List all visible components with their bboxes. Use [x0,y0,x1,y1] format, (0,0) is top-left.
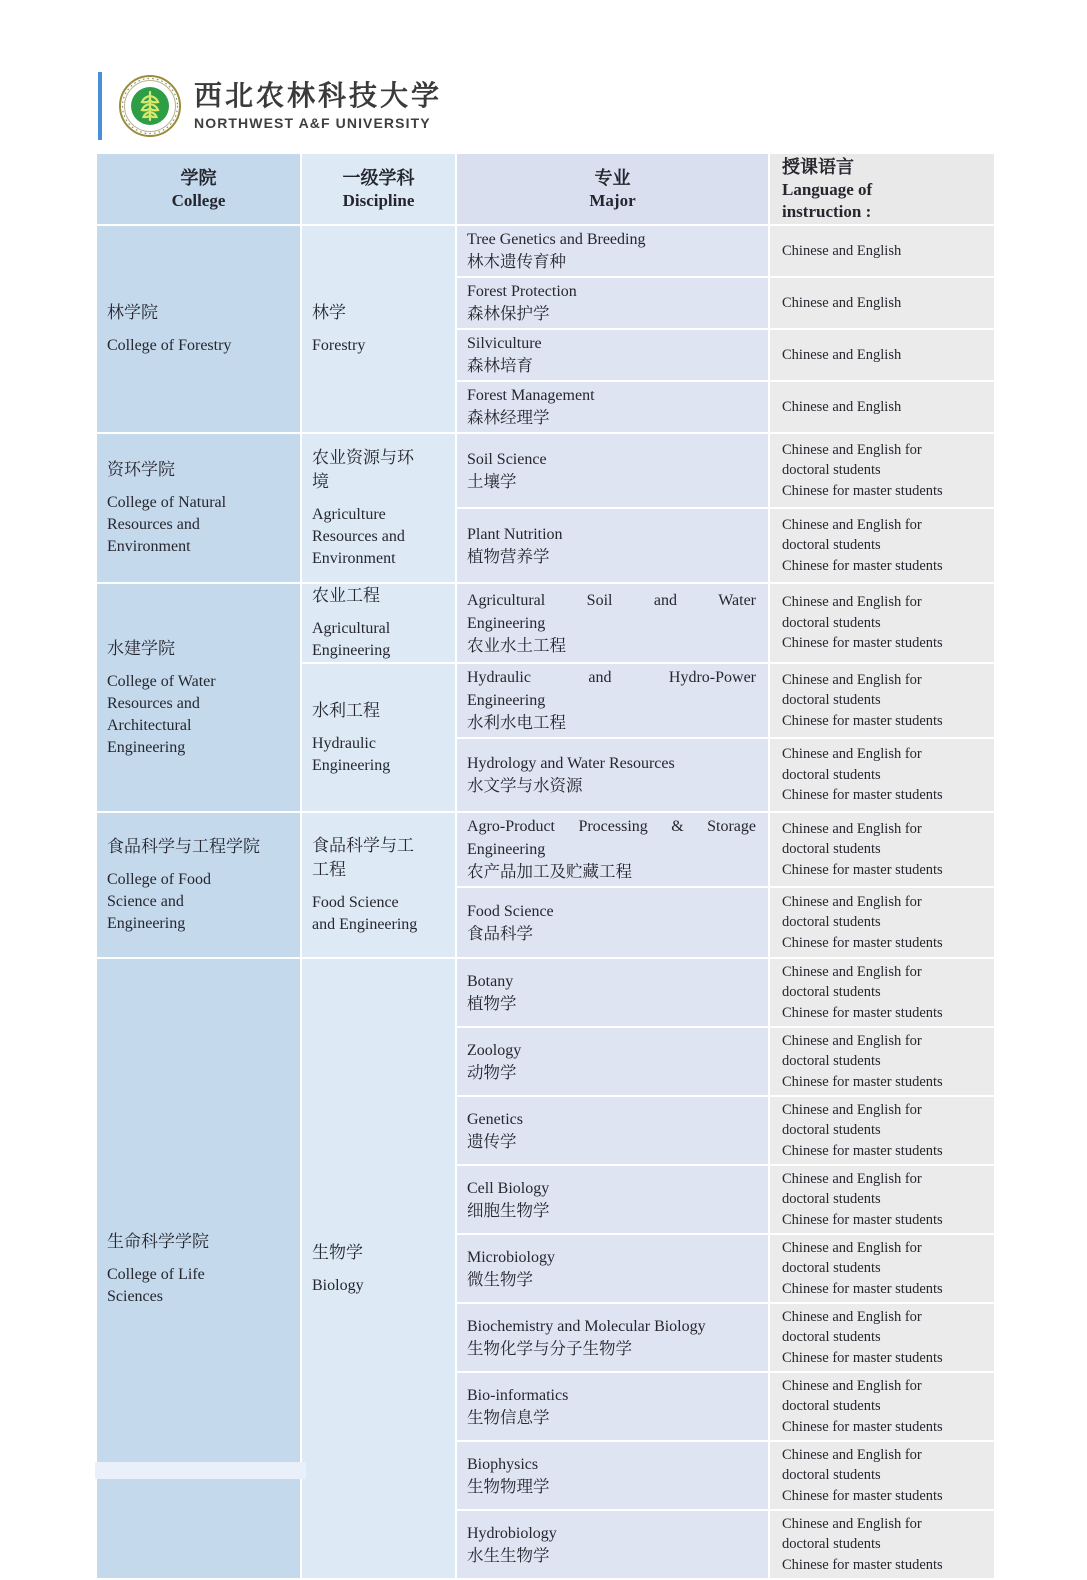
major-name-zh: 森林培育 [467,355,756,378]
major-name-zh: 微生物学 [467,1269,756,1292]
col-header-major-en: Major [458,190,767,212]
major-cell: Agricultural Soil and WaterEngineering农业… [456,583,769,663]
col-header-language: 授课语言 Language of instruction : [769,153,995,225]
language-of-instruction: Chinese and English for doctoral student… [782,1031,992,1093]
language-cell: Chinese and English for doctoral student… [769,663,995,738]
col-header-major: 专业 Major [456,153,769,225]
major-name-en: Genetics [467,1108,756,1131]
language-cell: Chinese and English for doctoral student… [769,1096,995,1165]
discipline-name-en: Agriculture Resources and Environment [312,504,451,570]
major-cell: Zoology动物学 [456,1027,769,1096]
language-of-instruction: Chinese and English for doctoral student… [782,1376,992,1438]
major-name-en: Forest Protection [467,280,756,303]
major-cell: Hydrology and Water Resources水文学与水资源 [456,738,769,812]
table-row: 食品科学与工程学院College of Food Science and Eng… [96,812,995,887]
language-cell: Chinese and English [769,225,995,277]
major-name-en-line: Engineering [467,841,545,858]
discipline-cell: 水利工程Hydraulic Engineering [301,663,456,812]
major-cell: Food Science食品科学 [456,887,769,958]
major-name-zh: 生物信息学 [467,1407,756,1430]
major-name-zh: 森林保护学 [467,303,756,326]
language-of-instruction: Chinese and English for doctoral student… [782,1514,992,1576]
language-cell: Chinese and English for doctoral student… [769,1510,995,1579]
table-row: 生命科学学院College of Life Sciences生物学Biology… [96,958,995,1027]
col-header-discipline: 一级学科 Discipline [301,153,456,225]
major-name-zh: 农业水土工程 [467,635,756,658]
major-name-en: Plant Nutrition [467,523,756,546]
language-of-instruction: Chinese and English for doctoral student… [782,892,992,954]
document-page: { "letterhead": { "university_zh": "西北农林… [0,0,1087,1536]
language-of-instruction: Chinese and English for doctoral student… [782,962,992,1024]
language-of-instruction: Chinese and English for doctoral student… [782,1307,992,1369]
discipline-name-en: Food Science and Engineering [312,892,451,936]
language-of-instruction: Chinese and English for doctoral student… [782,1100,992,1162]
language-of-instruction: Chinese and English for doctoral student… [782,592,992,654]
major-name-zh: 生物化学与分子生物学 [467,1338,756,1361]
major-name-en: Hydraulic and Hydro-PowerEngineering [467,666,756,712]
language-cell: Chinese and English for doctoral student… [769,1027,995,1096]
major-name-zh: 植物营养学 [467,546,756,569]
language-of-instruction: Chinese and English [782,293,992,314]
major-cell: Genetics遗传学 [456,1096,769,1165]
college-name-en: College of Food Science and Engineering [107,869,292,935]
col-header-major-zh: 专业 [458,166,767,190]
major-name-zh: 水生生物学 [467,1545,756,1568]
major-name-en: Tree Genetics and Breeding [467,228,756,251]
major-name-en: Cell Biology [467,1177,756,1200]
major-cell: Biophysics生物物理学 [456,1441,769,1510]
language-cell: Chinese and English for doctoral student… [769,1234,995,1303]
col-header-college-zh: 学院 [98,166,299,190]
college-cell: 食品科学与工程学院College of Food Science and Eng… [96,812,301,958]
major-name-en: Agro-Product Processing & StorageEnginee… [467,815,756,861]
programs-table-wrap: 学院 College 一级学科 Discipline 专业 Major 授课语言… [95,152,996,1580]
major-name-zh: 动物学 [467,1062,756,1085]
language-of-instruction: Chinese and English for doctoral student… [782,819,992,881]
programs-table: 学院 College 一级学科 Discipline 专业 Major 授课语言… [95,152,996,1580]
discipline-name-zh: 农业工程 [312,584,451,608]
discipline-name-en: Hydraulic Engineering [312,733,451,777]
col-header-college-en: College [98,190,299,212]
major-name-en: Soil Science [467,448,756,471]
college-cell: 水建学院College of Water Resources and Archi… [96,583,301,812]
language-cell: Chinese and English for doctoral student… [769,958,995,1027]
language-cell: Chinese and English [769,277,995,329]
major-name-zh: 植物学 [467,993,756,1016]
college-cell: 生命科学学院College of Life Sciences [96,958,301,1579]
language-of-instruction: Chinese and English for doctoral student… [782,1445,992,1507]
discipline-name-en: Forestry [312,335,451,357]
major-name-en: Forest Management [467,384,756,407]
major-cell: Bio-informatics生物信息学 [456,1372,769,1441]
col-header-college: 学院 College [96,153,301,225]
college-name-zh: 生命科学学院 [107,1230,292,1254]
major-cell: Forest Protection森林保护学 [456,277,769,329]
major-cell: Microbiology微生物学 [456,1234,769,1303]
major-name-zh: 食品科学 [467,923,756,946]
language-cell: Chinese and English for doctoral student… [769,1165,995,1234]
col-header-discipline-zh: 一级学科 [303,166,454,190]
college-cell: 资环学院College of Natural Resources and Env… [96,433,301,583]
major-name-zh: 遗传学 [467,1131,756,1154]
language-cell: Chinese and English for doctoral student… [769,1303,995,1372]
major-name-en-line: Agro-Product Processing & Storage [467,815,756,838]
discipline-cell: 生物学Biology [301,958,456,1579]
college-name-zh: 水建学院 [107,637,292,661]
major-cell: Biochemistry and Molecular Biology生物化学与分… [456,1303,769,1372]
college-cell: 林学院College of Forestry [96,225,301,433]
major-name-zh: 水文学与水资源 [467,775,756,798]
language-of-instruction: Chinese and English [782,345,992,366]
major-cell: Hydrobiology水生生物学 [456,1510,769,1579]
language-cell: Chinese and English for doctoral student… [769,1372,995,1441]
next-row-cut-off-fragment [95,1462,306,1479]
college-name-zh: 食品科学与工程学院 [107,835,292,859]
major-name-en-line: Engineering [467,615,545,632]
discipline-name-zh: 水利工程 [312,699,451,723]
major-name-en: Biochemistry and Molecular Biology [467,1315,756,1338]
major-name-en: Hydrobiology [467,1522,756,1545]
table-row: 资环学院College of Natural Resources and Env… [96,433,995,508]
language-cell: Chinese and English for doctoral student… [769,887,995,958]
discipline-name-en: Biology [312,1275,451,1297]
letterhead: 西北农林科技大学 NORTHWEST A&F UNIVERSITY [98,72,442,140]
major-name-zh: 农产品加工及贮藏工程 [467,861,756,884]
discipline-name-zh: 生物学 [312,1241,451,1265]
col-header-discipline-en: Discipline [303,190,454,212]
major-name-en: Agricultural Soil and WaterEngineering [467,589,756,635]
college-name-zh: 林学院 [107,301,292,325]
major-name-en: Bio-informatics [467,1384,756,1407]
major-name-zh: 林木遗传育种 [467,251,756,274]
table-row: 水建学院College of Water Resources and Archi… [96,583,995,663]
major-name-en-line: Agricultural Soil and Water [467,589,756,612]
major-name-zh: 细胞生物学 [467,1200,756,1223]
major-name-zh: 生物物理学 [467,1476,756,1499]
discipline-name-en: Agricultural Engineering [312,618,451,662]
major-cell: Plant Nutrition植物营养学 [456,508,769,583]
major-cell: Hydraulic and Hydro-PowerEngineering水利水电… [456,663,769,738]
language-of-instruction: Chinese and English for doctoral student… [782,440,992,502]
language-cell: Chinese and English for doctoral student… [769,738,995,812]
language-cell: Chinese and English for doctoral student… [769,433,995,508]
language-cell: Chinese and English [769,329,995,381]
major-name-zh: 森林经理学 [467,407,756,430]
college-name-en: College of Natural Resources and Environ… [107,492,292,558]
college-name-en: College of Water Resources and Architect… [107,671,292,759]
discipline-name-zh: 食品科学与工 工程 [312,834,451,882]
language-cell: Chinese and English for doctoral student… [769,1441,995,1510]
major-name-en: Biophysics [467,1453,756,1476]
college-name-en: College of Forestry [107,335,292,357]
major-name-en-line: Engineering [467,692,545,709]
major-cell: Agro-Product Processing & StorageEnginee… [456,812,769,887]
major-cell: Botany植物学 [456,958,769,1027]
discipline-name-zh: 农业资源与环 境 [312,446,451,494]
discipline-name-zh: 林学 [312,301,451,325]
major-name-zh: 土壤学 [467,471,756,494]
major-name-en: Microbiology [467,1246,756,1269]
major-name-en: Hydrology and Water Resources [467,752,756,775]
language-of-instruction: Chinese and English for doctoral student… [782,670,992,732]
university-name-block: 西北农林科技大学 NORTHWEST A&F UNIVERSITY [194,82,442,131]
major-cell: Cell Biology细胞生物学 [456,1165,769,1234]
major-name-en: Botany [467,970,756,993]
discipline-cell: 食品科学与工 工程Food Science and Engineering [301,812,456,958]
major-cell: Forest Management森林经理学 [456,381,769,433]
language-of-instruction: Chinese and English for doctoral student… [782,1169,992,1231]
language-of-instruction: Chinese and English for doctoral student… [782,744,992,806]
language-of-instruction: Chinese and English for doctoral student… [782,515,992,577]
discipline-cell: 林学Forestry [301,225,456,433]
university-emblem-wheat-icon [118,74,182,138]
language-cell: Chinese and English for doctoral student… [769,583,995,663]
language-cell: Chinese and English for doctoral student… [769,812,995,887]
language-cell: Chinese and English for doctoral student… [769,508,995,583]
major-name-en: Silviculture [467,332,756,355]
accent-vertical-rule [98,72,102,140]
major-name-zh: 水利水电工程 [467,712,756,735]
major-cell: Soil Science土壤学 [456,433,769,508]
header-row: 学院 College 一级学科 Discipline 专业 Major 授课语言… [96,153,995,225]
major-name-en-line: Hydraulic and Hydro-Power [467,666,756,689]
major-cell: Tree Genetics and Breeding林木遗传育种 [456,225,769,277]
col-header-language-en: Language of instruction : [782,179,993,223]
college-name-zh: 资环学院 [107,458,292,482]
table-row: 林学院College of Forestry林学ForestryTree Gen… [96,225,995,277]
major-name-en: Food Science [467,900,756,923]
language-cell: Chinese and English [769,381,995,433]
university-name-zh: 西北农林科技大学 [194,82,442,112]
discipline-cell: 农业工程Agricultural Engineering [301,583,456,663]
language-of-instruction: Chinese and English [782,241,992,262]
major-cell: Silviculture森林培育 [456,329,769,381]
discipline-cell: 农业资源与环 境Agriculture Resources and Enviro… [301,433,456,583]
language-of-instruction: Chinese and English for doctoral student… [782,1238,992,1300]
major-name-en: Zoology [467,1039,756,1062]
college-name-en: College of Life Sciences [107,1264,292,1308]
col-header-language-zh: 授课语言 [782,155,993,179]
language-of-instruction: Chinese and English [782,397,992,418]
university-name-en: NORTHWEST A&F UNIVERSITY [194,115,442,131]
